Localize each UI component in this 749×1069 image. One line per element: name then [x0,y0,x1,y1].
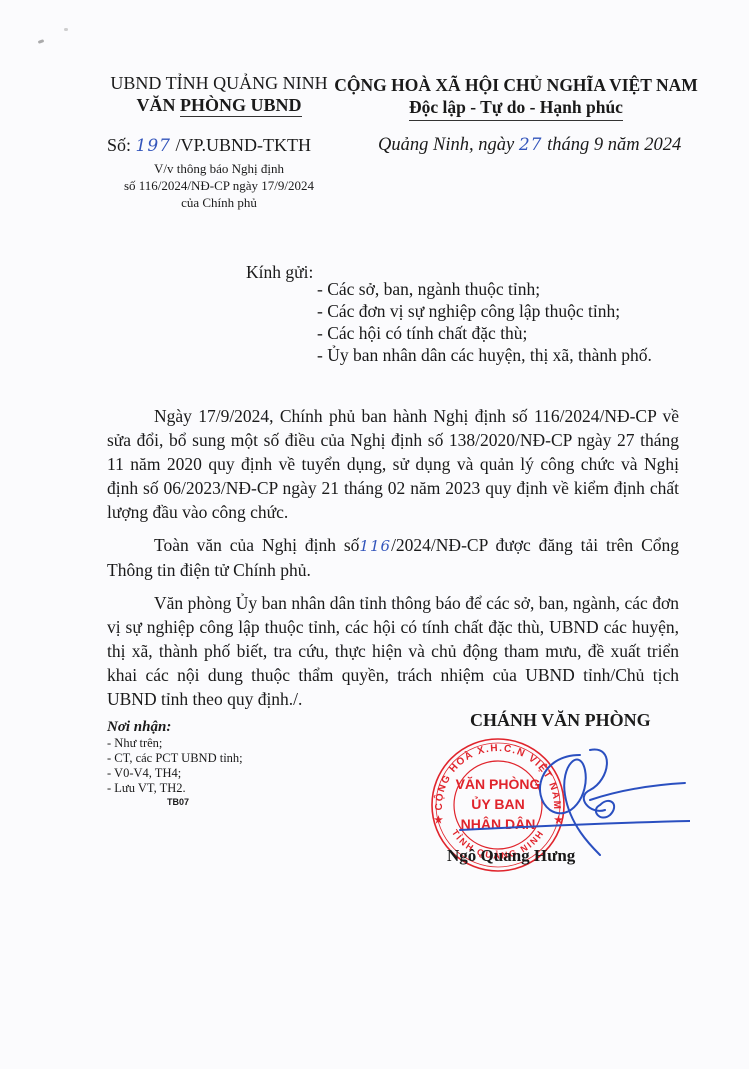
document-subject: V/v thông báo Nghị định số 116/2024/NĐ-C… [90,160,348,211]
recipient-item: - Các đơn vị sự nghiệp công lập thuộc tỉ… [317,300,652,322]
body-paragraph: Ngày 17/9/2024, Chính phủ ban hành Nghị … [107,404,679,524]
national-motto: Độc lập - Tự do - Hạnh phúc [409,96,623,121]
date-prefix: Quảng Ninh, ngày [378,135,519,155]
recipient-item: - Ủy ban nhân dân các huyện, thị xã, thà… [317,344,652,366]
agency-name-underlined: PHÒNG UBND [180,95,302,117]
distribution-item: - Như trên; [107,736,243,751]
distribution-item: - V0-V4, TH4; [107,766,243,781]
body-paragraph: Văn phòng Ủy ban nhân dân tỉnh thông báo… [107,591,679,711]
recipient-item: - Các sở, ban, ngành thuộc tỉnh; [317,278,652,300]
subject-line: V/v thông báo Nghị định [90,160,348,177]
handwritten-day: 27 [519,135,543,155]
signer-name: Ngô Quang Hưng [447,846,575,866]
handwritten-number: 197 [136,136,171,156]
recipients-label: Kính gửi: [246,262,313,283]
nation-title: CỘNG HOÀ XÃ HỘI CHỦ NGHĨA VIỆT NAM [330,74,702,96]
distribution-code: TB07 [167,796,243,808]
scan-smudge [38,39,45,44]
agency-name-prefix: VĂN [137,95,181,115]
distribution-item: - CT, các PCT UBND tỉnh; [107,751,243,766]
place-date: Quảng Ninh, ngày 27 tháng 9 năm 2024 [378,135,681,156]
national-header: CỘNG HOÀ XÃ HỘI CHỦ NGHĨA VIỆT NAM Độc l… [330,74,702,121]
number-label: Số: [107,135,136,155]
subject-line: số 116/2024/NĐ-CP ngày 17/9/2024 [90,177,348,194]
document-body: Ngày 17/9/2024, Chính phủ ban hành Nghị … [107,404,679,720]
document-number: Số: 197 /VP.UBND-TKTH [107,135,311,156]
distribution-title: Nơi nhận: [107,718,243,736]
number-suffix: /VP.UBND-TKTH [171,135,311,155]
distribution-list: Nơi nhận: - Như trên; - CT, các PCT UBND… [107,718,243,808]
document-page: UBND TỈNH QUẢNG NINH VĂN PHÒNG UBND Số: … [0,0,749,1069]
subject-line: của Chính phủ [90,194,348,211]
scan-smudge [64,28,68,31]
date-suffix: tháng 9 năm 2024 [542,135,681,155]
recipients-list: - Các sở, ban, ngành thuộc tỉnh; - Các đ… [317,278,652,366]
recipient-item: - Các hội có tính chất đặc thù; [317,322,652,344]
agency-parent: UBND TỈNH QUẢNG NINH [90,72,348,94]
signer-title: CHÁNH VĂN PHÒNG [470,710,651,731]
distribution-item: - Lưu VT, TH2. [107,781,243,796]
paragraph-text: Toàn văn của Nghị định số [154,535,359,555]
issuing-agency: UBND TỈNH QUẢNG NINH VĂN PHÒNG UBND [90,72,348,116]
handwritten-number: 116 [359,537,391,555]
body-paragraph: Toàn văn của Nghị định số116/2024/NĐ-CP … [107,533,679,582]
agency-name: VĂN PHÒNG UBND [90,94,348,116]
